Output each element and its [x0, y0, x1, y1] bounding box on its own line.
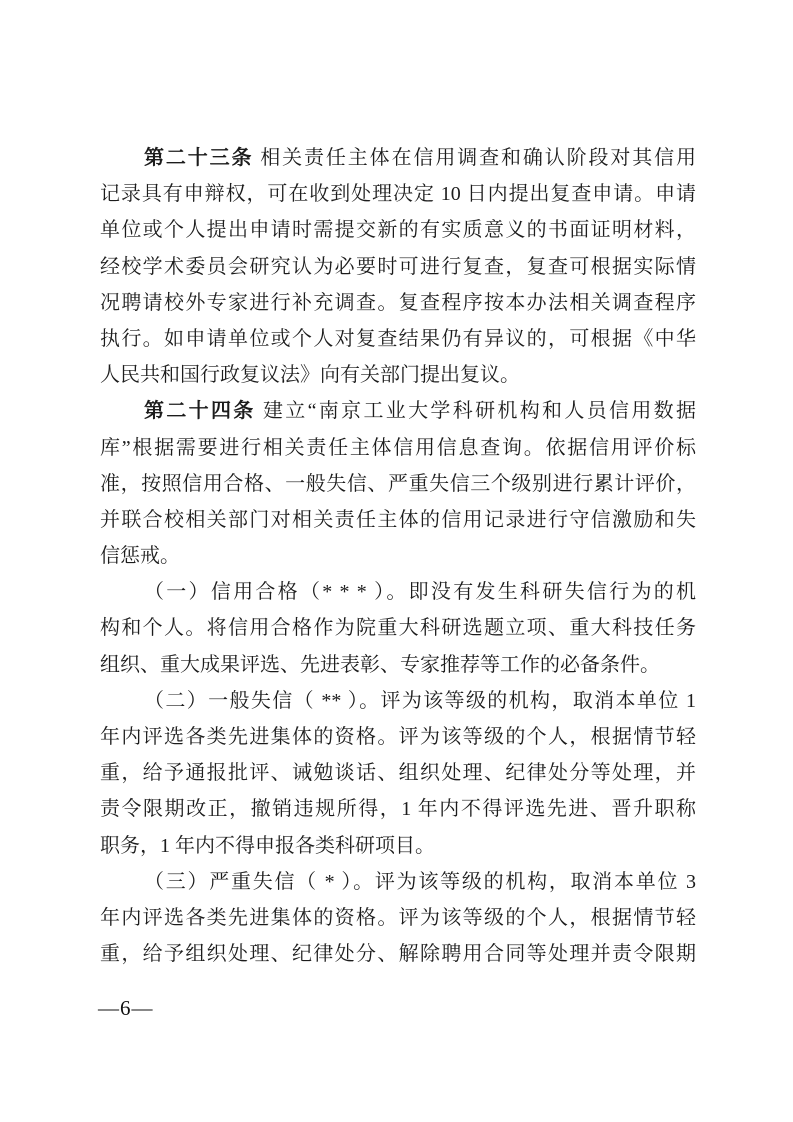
text-line: 重，给予通报批评、诫勉谈话、组织处理、纪律处分等处理，并	[100, 755, 696, 791]
text-run: 职务，1 年内不得申报各类科研项目。	[100, 835, 435, 857]
text-run: 重，给予通报批评、诫勉谈话、组织处理、纪律处分等处理，并	[100, 762, 696, 784]
text-run: 年内评选各类先进集体的资格。评为该等级的个人，根据情节轻	[100, 907, 696, 929]
text-run: 相关责任主体在信用调查和确认阶段对其信用	[253, 147, 696, 169]
text-line: 执行。如申请单位或个人对复查结果仍有异议的，可根据《中华	[100, 321, 696, 357]
document-body: 第二十三条 相关责任主体在信用调查和确认阶段对其信用记录具有申辩权，可在收到处理…	[100, 140, 696, 972]
text-run: 并联合校相关部门对相关责任主体的信用记录进行守信激励和失	[100, 509, 696, 531]
text-run: 库”根据需要进行相关责任主体信用信息查询。依据信用评价标	[100, 437, 696, 459]
article-heading: 第二十三条	[144, 147, 253, 169]
text-line: 第二十三条 相关责任主体在信用调查和确认阶段对其信用	[100, 140, 696, 176]
text-line: 职务，1 年内不得申报各类科研项目。	[100, 828, 696, 864]
text-run: 准，按照信用合格、一般失信、严重失信三个级别进行累计评价，	[100, 473, 696, 495]
text-run: 记录具有申辩权，可在收到处理决定 10 日内提出复查申请。申请	[100, 183, 696, 205]
text-run: 年内评选各类先进集体的资格。评为该等级的个人，根据情节轻	[100, 726, 696, 748]
text-run: 重，给予组织处理、纪律处分、解除聘用合同等处理并责令限期	[100, 943, 696, 965]
text-run: 况聘请校外专家进行补充调查。复查程序按本办法相关调查程序	[100, 292, 696, 314]
text-line: 单位或个人提出申请时需提交新的有实质意义的书面证明材料，	[100, 212, 696, 248]
text-run: 构和个人。将信用合格作为院重大科研选题立项、重大科技任务	[100, 617, 696, 639]
text-line: 第二十四条 建立“南京工业大学科研机构和人员信用数据	[100, 393, 696, 429]
text-line: 重，给予组织处理、纪律处分、解除聘用合同等处理并责令限期	[100, 936, 696, 972]
text-line: 信惩戒。	[100, 538, 696, 574]
text-line: 年内评选各类先进集体的资格。评为该等级的个人，根据情节轻	[100, 900, 696, 936]
text-line: 组织、重大成果评选、先进表彰、专家推荐等工作的必备条件。	[100, 647, 696, 683]
text-run: 单位或个人提出申请时需提交新的有实质意义的书面证明材料，	[100, 219, 696, 241]
page-number: —6—	[98, 996, 154, 1021]
text-run: 人民共和国行政复议法》向有关部门提出复议。	[100, 364, 520, 386]
text-line: 责令限期改正，撤销违规所得，1 年内不得评选先进、晋升职称	[100, 791, 696, 827]
text-run: （二）一般失信（ ** ）。评为该等级的机构，取消本单位 1	[144, 690, 696, 712]
text-run: （一）信用合格（* * * ）。即没有发生科研失信行为的机	[144, 581, 696, 603]
text-run: 执行。如申请单位或个人对复查结果仍有异议的，可根据《中华	[100, 328, 696, 350]
text-line: 况聘请校外专家进行补充调查。复查程序按本办法相关调查程序	[100, 285, 696, 321]
text-line: （三）严重失信（ * ）。评为该等级的机构，取消本单位 3	[100, 864, 696, 900]
text-run: 组织、重大成果评选、先进表彰、专家推荐等工作的必备条件。	[100, 654, 660, 676]
text-line: 准，按照信用合格、一般失信、严重失信三个级别进行累计评价，	[100, 466, 696, 502]
article-heading: 第二十四条	[144, 400, 256, 422]
text-line: （二）一般失信（ ** ）。评为该等级的机构，取消本单位 1	[100, 683, 696, 719]
text-run: （三）严重失信（ * ）。评为该等级的机构，取消本单位 3	[144, 871, 696, 893]
text-run: 经校学术委员会研究认为必要时可进行复查，复查可根据实际情	[100, 256, 696, 278]
text-line: 经校学术委员会研究认为必要时可进行复查，复查可根据实际情	[100, 249, 696, 285]
text-line: 年内评选各类先进集体的资格。评为该等级的个人，根据情节轻	[100, 719, 696, 755]
document-page: 第二十三条 相关责任主体在信用调查和确认阶段对其信用记录具有申辩权，可在收到处理…	[0, 0, 793, 1122]
text-line: 记录具有申辩权，可在收到处理决定 10 日内提出复查申请。申请	[100, 176, 696, 212]
text-line: （一）信用合格（* * * ）。即没有发生科研失信行为的机	[100, 574, 696, 610]
text-run: 建立“南京工业大学科研机构和人员信用数据	[256, 400, 696, 422]
text-line: 构和个人。将信用合格作为院重大科研选题立项、重大科技任务	[100, 610, 696, 646]
text-line: 并联合校相关部门对相关责任主体的信用记录进行守信激励和失	[100, 502, 696, 538]
text-line: 人民共和国行政复议法》向有关部门提出复议。	[100, 357, 696, 393]
text-line: 库”根据需要进行相关责任主体信用信息查询。依据信用评价标	[100, 430, 696, 466]
text-run: 责令限期改正，撤销违规所得，1 年内不得评选先进、晋升职称	[100, 798, 696, 820]
text-run: 信惩戒。	[100, 545, 180, 567]
